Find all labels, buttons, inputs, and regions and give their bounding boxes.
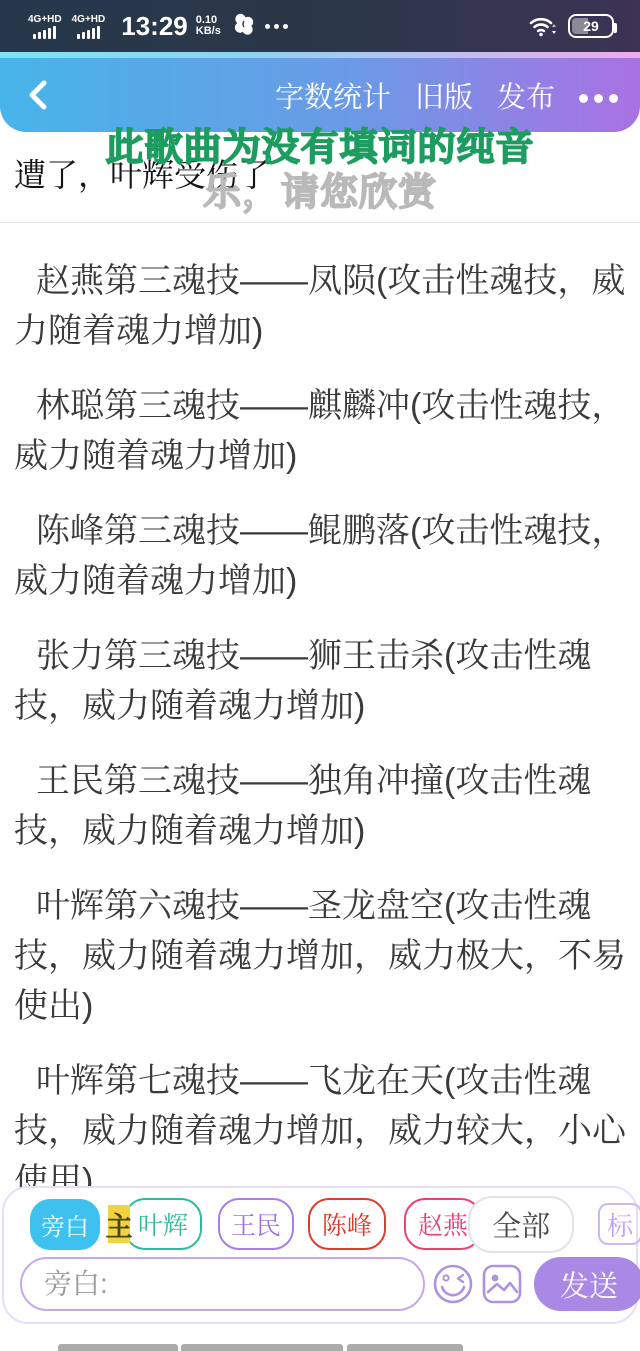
paragraph[interactable]: 叶辉第六魂技——圣龙盘空(攻击性魂技，威力随着魂力增加，威力极大，不易使出) xyxy=(14,881,626,1031)
image-icon xyxy=(481,1263,523,1305)
paragraph[interactable]: 林聪第三魂技——麒麟冲(攻击性魂技，威力随着魂力增加) xyxy=(14,381,626,481)
tag-all[interactable]: 全部 xyxy=(468,1196,574,1253)
paragraph[interactable]: 陈峰第三魂技——鲲鹏落(攻击性魂技，威力随着魂力增加) xyxy=(14,506,626,606)
paragraph[interactable]: 赵燕第三魂技——凤陨(攻击性魂技，威力随着魂力增加) xyxy=(14,256,626,356)
tag-wangmin[interactable]: 王民 xyxy=(218,1198,294,1250)
tag-narrator[interactable]: 旁白 xyxy=(30,1199,100,1250)
emoji-button[interactable] xyxy=(432,1263,474,1305)
paragraph[interactable]: 王民第三魂技——独角冲撞(攻击性魂技，威力随着魂力增加) xyxy=(14,756,626,856)
character-tag-bar: 旁白 主 叶辉 王民 陈峰 赵燕 全部 标 xyxy=(30,1202,636,1246)
send-button[interactable]: 发送 xyxy=(534,1257,640,1311)
signal-icon-2: 4G+HD xyxy=(72,14,106,39)
signal-icon-1: 4G+HD xyxy=(28,14,62,39)
image-button[interactable] xyxy=(481,1263,523,1305)
signal-bars-icon xyxy=(77,26,100,39)
keyboard-key-top[interactable] xyxy=(347,1344,463,1351)
composer-row: 发送 xyxy=(20,1257,620,1311)
chapter-body: 赵燕第三魂技——凤陨(攻击性魂技，威力随着魂力增加) 林聪第三魂技——麒麟冲(攻… xyxy=(0,223,640,1206)
tag-chenfeng[interactable]: 陈峰 xyxy=(308,1198,386,1250)
battery-indicator: 29 xyxy=(568,14,614,38)
wink-smiley-icon xyxy=(432,1263,474,1305)
floating-window-icon xyxy=(231,11,257,42)
network-badge: 4G+HD xyxy=(28,14,62,25)
nav-item-old-version[interactable]: 旧版 xyxy=(415,75,473,116)
nav-item-publish[interactable]: 发布 xyxy=(497,75,555,116)
wifi-icon xyxy=(528,14,558,38)
main-role-badge: 主 xyxy=(108,1205,130,1243)
paragraph[interactable]: 张力第三魂技——狮王击杀(攻击性魂技，威力随着魂力增加) xyxy=(14,631,626,731)
composer-panel: 旁白 主 叶辉 王民 陈峰 赵燕 全部 标 发送 xyxy=(2,1186,638,1324)
tag-yehui[interactable]: 叶辉 xyxy=(124,1198,202,1250)
keyboard-key-top[interactable] xyxy=(181,1344,343,1351)
dialogue-input[interactable] xyxy=(20,1257,425,1311)
signal-bars-icon xyxy=(33,26,56,39)
ellipsis-icon xyxy=(265,24,288,29)
battery-percent: 29 xyxy=(583,18,599,34)
keyboard-key-top[interactable] xyxy=(58,1344,178,1351)
tag-mark-button[interactable]: 标 xyxy=(598,1203,640,1245)
chevron-left-icon xyxy=(25,78,51,112)
network-badge: 4G+HD xyxy=(72,14,106,25)
back-button[interactable] xyxy=(20,77,56,113)
danmaku-line-2: 乐，请您欣赏 xyxy=(0,161,640,216)
status-bar: 4G+HD 4G+HD 13:29 0.10 KB/s xyxy=(0,0,640,52)
net-speed-indicator: 0.10 KB/s xyxy=(196,15,221,37)
clock-label: 13:29 xyxy=(121,11,188,42)
net-speed-unit: KB/s xyxy=(196,26,221,37)
paragraph[interactable]: 叶辉第七魂技——飞龙在天(攻击性魂技，威力随着魂力增加，威力较大，小心使用) xyxy=(14,1056,626,1206)
nav-item-word-count[interactable]: 字数统计 xyxy=(275,75,391,116)
more-menu-button[interactable] xyxy=(579,88,618,103)
